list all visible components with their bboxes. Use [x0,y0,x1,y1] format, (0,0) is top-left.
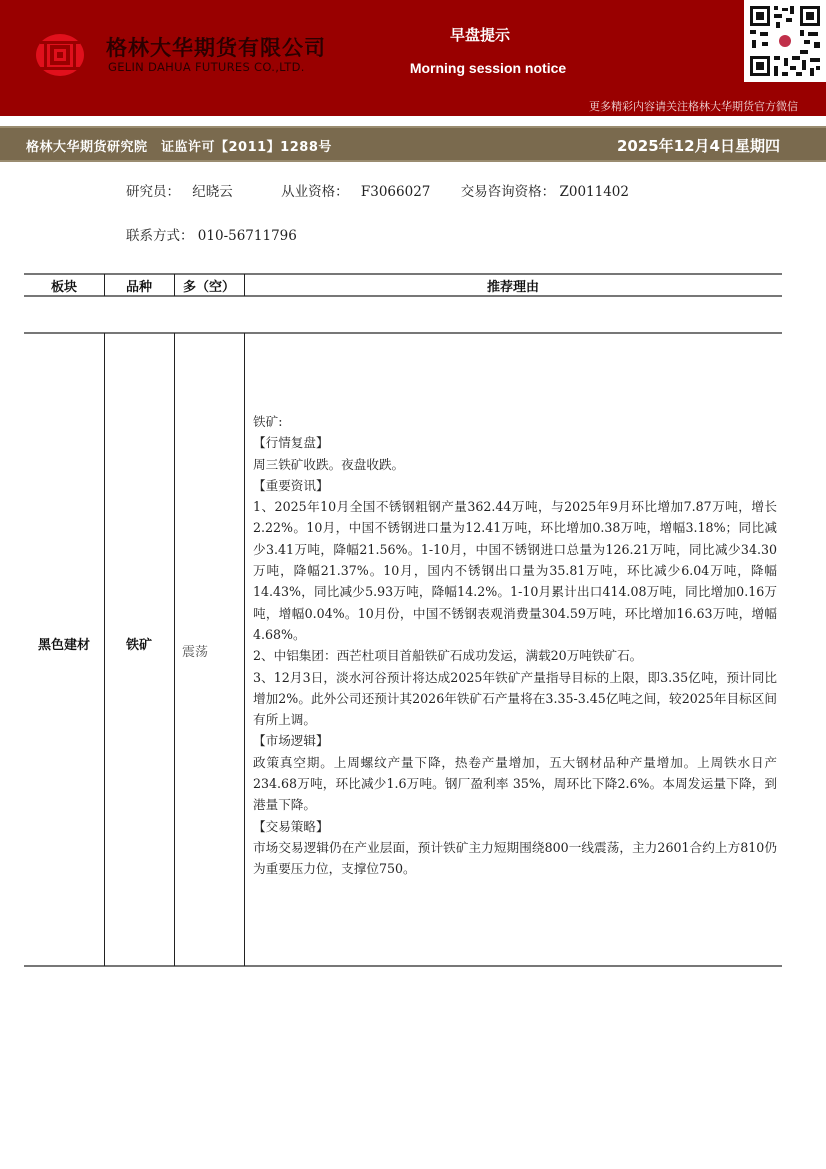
report-title-cn: 早盘提示 [400,24,560,45]
variety-cell: 铁矿 [104,634,174,653]
trading-strategy-text: 市场交易逻辑仍在产业层面，预计铁矿主力短期围绕800一线震荡，主力2601合约上… [253,837,777,880]
reason-cell: 铁矿: 【行情复盘】 周三铁矿收跌。夜盘收跌。 【重要资讯】 1、2025年10… [253,411,777,880]
table-top-rule [24,273,782,275]
header-bottom-rule [24,295,782,297]
direction-cell: 震荡 [182,641,208,660]
column-header-variety: 品种 [104,276,174,295]
analyst-info: 研究员： 纪晓云 从业资格： F3066027 交易咨询资格： Z0011402 [126,180,629,200]
section-heading-market-review: 【行情复盘】 [253,432,777,453]
news-item-2: 2、中铝集团：西芒杜项目首船铁矿石成功发运，满载20万吨铁矿石。 [253,645,777,666]
wechat-qr-code-icon[interactable] [744,0,826,82]
contact-label: 联系方式： [126,224,194,244]
contact-phone[interactable]: 010-56711796 [198,228,297,244]
news-item-3: 3、12月3日，淡水河谷预计将达成2025年铁矿产量指导目标的上限，即3.35亿… [253,667,777,731]
consult-qualification-label: 交易咨询资格： [461,180,556,200]
company-name-en: GELIN DAHUA FUTURES CO.,LTD. [108,60,305,74]
market-logic-text: 政策真空期。上周螺纹产量下降，热卷产量增加，五大钢材品种产量增加。上周铁水日产2… [253,752,777,816]
section-heading-trading-strategy: 【交易策略】 [253,816,777,837]
section-heading-market-logic: 【市场逻辑】 [253,730,777,751]
column-divider [244,333,245,966]
column-header-sector: 板块 [24,276,104,295]
column-divider [174,333,175,966]
contact-info: 联系方式： 010-56711796 [126,224,297,244]
news-item-1: 1、2025年10月全国不锈钢粗钢产量362.44万吨，与2025年9月环比增加… [253,496,777,645]
column-header-direction: 多（空） [174,276,244,295]
reason-title: 铁矿: [253,411,777,432]
consult-qualification-number: Z0011402 [559,184,629,200]
report-title-en: Morning session notice [396,60,580,76]
header-banner: 格林大华期货有限公司 GELIN DAHUA FUTURES CO.,LTD. … [0,0,826,116]
report-date: 2025年12月4日星期四 [617,135,780,156]
qualification-label: 从业资格： [281,180,349,200]
institute-license: 格林大华期货研究院 证监许可【2011】1288号 [26,136,332,155]
section-heading-key-news: 【重要资讯】 [253,475,777,496]
institute-bar: 格林大华期货研究院 证监许可【2011】1288号 2025年12月4日星期四 [0,126,826,162]
researcher-label: 研究员： [126,180,180,200]
researcher-name: 纪晓云 [192,180,233,200]
table-bottom-rule [24,965,782,967]
qualification-number: F3066027 [361,184,431,200]
column-header-reason: 推荐理由 [244,276,782,295]
company-name-cn: 格林大华期货有限公司 [106,32,326,62]
market-review-text: 周三铁矿收跌。夜盘收跌。 [253,454,777,475]
company-logo-icon [34,32,86,78]
follow-wechat-text: 更多精彩内容请关注格林大华期货官方微信 [589,98,798,114]
sector-cell: 黑色建材 [24,634,104,653]
row-top-rule [24,332,782,334]
